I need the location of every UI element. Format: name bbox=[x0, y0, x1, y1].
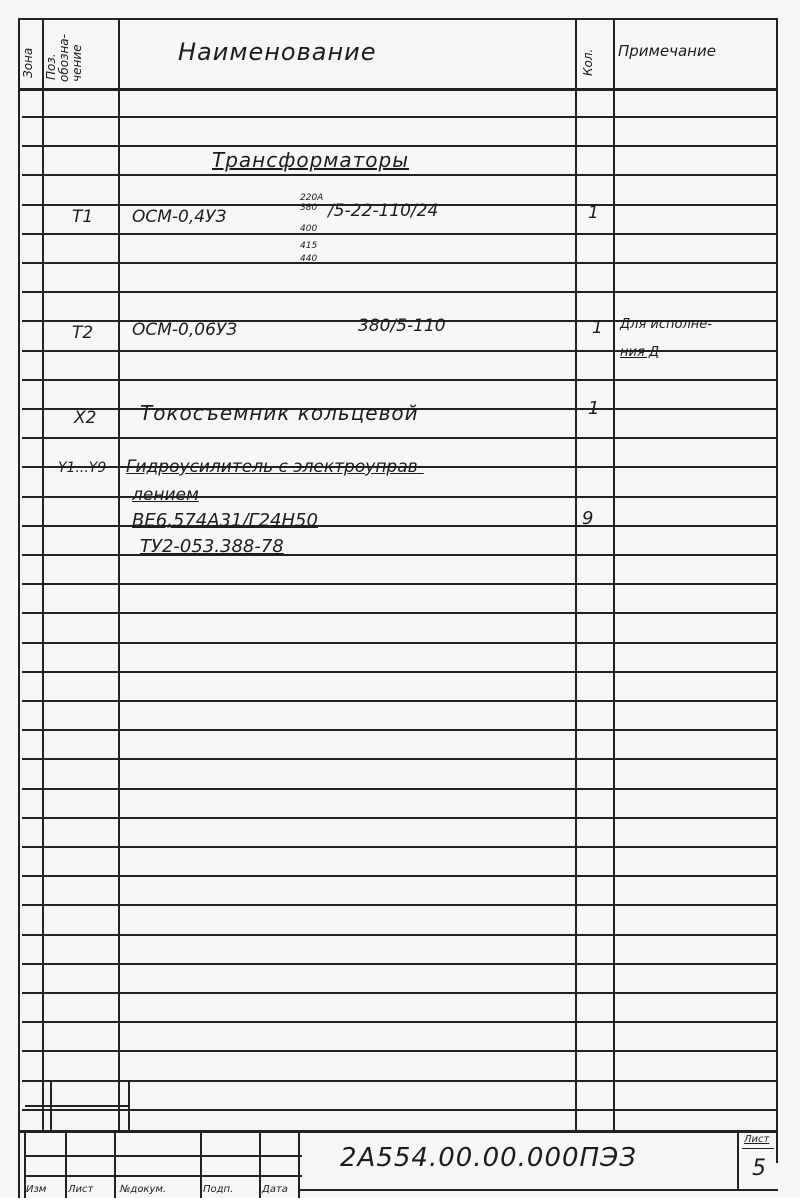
row-line bbox=[22, 846, 778, 848]
header-name: Наименование bbox=[178, 38, 377, 66]
row-line bbox=[22, 583, 778, 585]
row-line bbox=[22, 904, 778, 906]
tb-label-list: Лист bbox=[68, 1184, 93, 1195]
row-line bbox=[22, 1021, 778, 1023]
title-block-top bbox=[18, 1130, 778, 1133]
tb-sheet-divider bbox=[742, 1148, 774, 1149]
row2-note-1: Для исполне- bbox=[620, 317, 712, 332]
header-pos-2: обозна- bbox=[58, 34, 70, 82]
row-line bbox=[22, 291, 778, 293]
row-line bbox=[22, 1050, 778, 1052]
row-line bbox=[22, 700, 778, 702]
header-zone: Зона bbox=[22, 48, 34, 78]
section-title: Трансформаторы bbox=[212, 148, 409, 172]
row-line bbox=[22, 116, 778, 118]
row4-name-1: Гидроусилитель с электроуправ- bbox=[126, 457, 424, 477]
row1-rating: /5-22-110/24 bbox=[328, 201, 438, 221]
row1-voltage-3: 400 bbox=[300, 225, 317, 234]
row4-pos: Y1...Y9 bbox=[58, 460, 106, 476]
row4-name-2: лением bbox=[132, 485, 199, 505]
tb-label-doc: №докум. bbox=[120, 1184, 166, 1195]
row1-voltage-2: 380 bbox=[300, 204, 317, 213]
row4-name-3: ВЕ6,574А31/Г24Н50 bbox=[132, 510, 318, 531]
row-line bbox=[22, 233, 778, 235]
row1-qty: 1 bbox=[588, 203, 599, 223]
row4-name-4: ТУ2-053.388-78 bbox=[140, 536, 284, 557]
row2-pos: T2 bbox=[72, 323, 93, 343]
row1-voltage-5: 440 bbox=[300, 255, 317, 264]
row-line bbox=[22, 992, 778, 994]
document-designation: 2А554.00.00.000ПЭЗ bbox=[340, 1143, 637, 1173]
row-line bbox=[22, 729, 778, 731]
row2-note-2: ния Д bbox=[620, 345, 659, 360]
row2-spec: 380/5-110 bbox=[358, 316, 446, 336]
row-line bbox=[22, 642, 778, 644]
tb-label-izm: Изм bbox=[26, 1184, 46, 1195]
header-pos-1: Поз. bbox=[45, 53, 57, 80]
header-note: Примечание bbox=[618, 42, 716, 60]
row2-qty: 1 bbox=[592, 318, 603, 338]
sheet-number: 5 bbox=[752, 1156, 766, 1181]
sheet-label: Лист bbox=[744, 1134, 769, 1145]
tb-col-3 bbox=[200, 1130, 202, 1198]
row-line bbox=[22, 1109, 778, 1111]
row-line bbox=[22, 262, 778, 264]
row-line bbox=[22, 554, 778, 556]
row4-qty: 9 bbox=[582, 508, 593, 529]
row-line bbox=[22, 145, 778, 147]
specification-sheet: Зона Поз. обозна- чение Наименование Кол… bbox=[0, 0, 800, 1198]
row-line bbox=[22, 875, 778, 877]
row-line bbox=[22, 612, 778, 614]
row3-name: Токосъемник кольцевой bbox=[140, 401, 419, 425]
row-line bbox=[22, 934, 778, 936]
tb-label-date: Дата bbox=[262, 1184, 288, 1195]
row3-qty: 1 bbox=[588, 398, 599, 419]
row-line bbox=[22, 174, 778, 176]
header-qty: Кол. bbox=[582, 49, 594, 76]
row1-name: ОСМ-0,4УЗ bbox=[132, 207, 226, 227]
row-line bbox=[22, 963, 778, 965]
tb-sheet-col bbox=[737, 1130, 739, 1190]
row1-rating-text: 5-22-110/24 bbox=[334, 201, 439, 221]
row-line bbox=[22, 1080, 778, 1082]
row-line bbox=[22, 758, 778, 760]
row-line bbox=[22, 437, 778, 439]
row-line bbox=[22, 788, 778, 790]
tb-col-5 bbox=[298, 1130, 300, 1198]
frame-left bbox=[18, 18, 20, 1198]
frame-top bbox=[18, 18, 778, 20]
row1-voltage-1: 220А bbox=[300, 194, 323, 203]
row1-voltage-4: 415 bbox=[300, 242, 317, 251]
tb-bottom-line bbox=[298, 1189, 778, 1191]
header-bottom-line bbox=[18, 88, 778, 91]
row-line bbox=[22, 379, 778, 381]
tb-stub-h bbox=[25, 1105, 130, 1107]
tb-col-1 bbox=[65, 1130, 67, 1198]
row-line bbox=[22, 350, 778, 352]
tb-col-2 bbox=[114, 1130, 116, 1198]
row3-pos: X2 bbox=[74, 408, 96, 428]
tb-label-sign: Подп. bbox=[203, 1184, 233, 1195]
row1-pos: T1 bbox=[72, 207, 93, 227]
header-pos-3: чение bbox=[71, 45, 83, 83]
tb-col-4 bbox=[259, 1130, 261, 1198]
row-line bbox=[22, 671, 778, 673]
row2-name: ОСМ-0,06УЗ bbox=[132, 320, 237, 340]
row-line bbox=[22, 817, 778, 819]
